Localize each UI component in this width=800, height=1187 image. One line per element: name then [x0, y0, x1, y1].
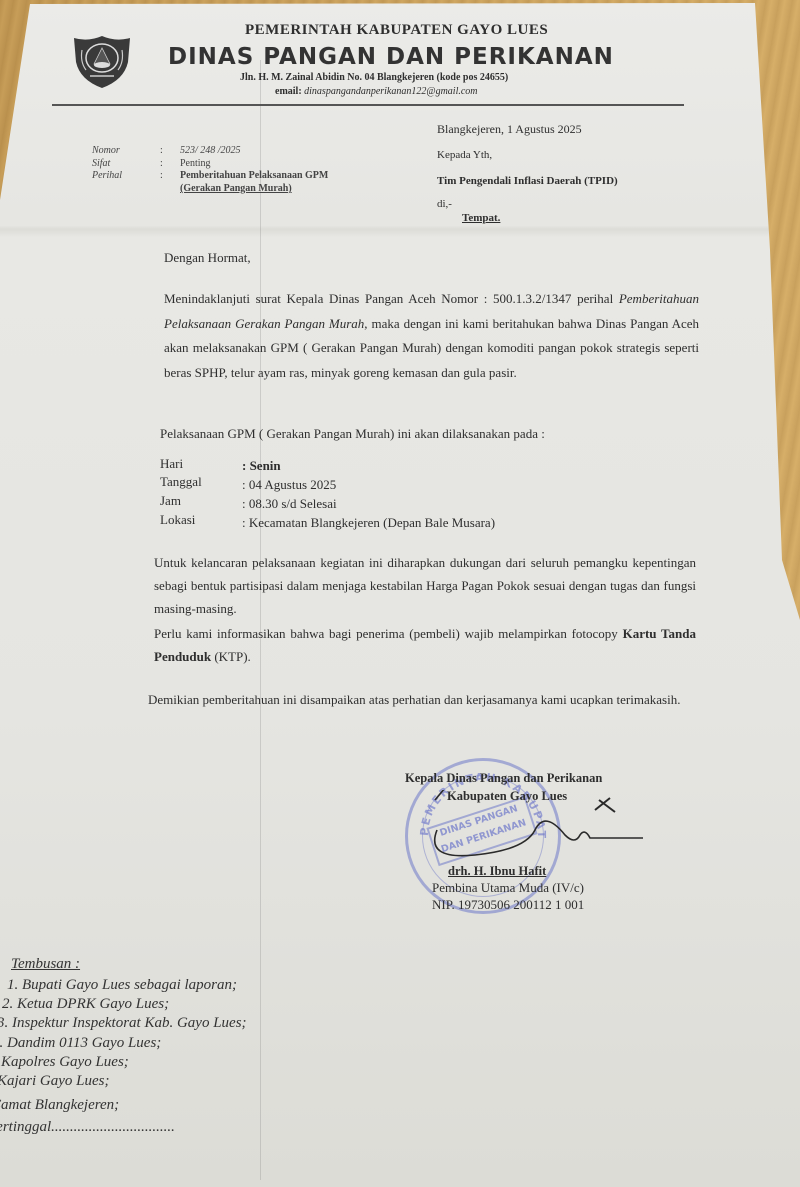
- letter-page: PEMERINTAH KABUPATEN GAYO LUES DINAS PAN…: [0, 0, 800, 1187]
- schedule-value-location: : Kecamatan Blangkejeren (Depan Bale Mus…: [242, 515, 495, 531]
- recipient-greeting: Kepada Yth,: [437, 149, 492, 161]
- sifat-label: Sifat: [92, 158, 110, 169]
- schedule-label-date: Tanggal: [160, 474, 202, 490]
- paragraph-4-text-a: Perlu kami informasikan bahwa bagi pener…: [154, 626, 623, 641]
- schedule-value-date: : 04 Agustus 2025: [242, 477, 336, 493]
- paragraph-4: Perlu kami informasikan bahwa bagi pener…: [154, 622, 696, 668]
- recipient-at: di,-: [437, 198, 452, 210]
- salutation: Dengan Hormat,: [164, 250, 251, 266]
- signatory-name: drh. H. Ibnu Hafit: [448, 864, 546, 879]
- paragraph-3: Untuk kelancaran pelaksanaan kegiatan in…: [154, 551, 696, 620]
- email-label: email:: [275, 86, 304, 97]
- letterhead-address: Jln. H. M. Zainal Abidin No. 04 Blangkej…: [240, 72, 508, 83]
- perihal-line-2: (Gerakan Pangan Murah): [180, 183, 292, 194]
- tembusan-item: 4. Dandim 0113 Gayo Lues;: [0, 1035, 161, 1052]
- letterhead-divider: [52, 104, 684, 106]
- nomor-value: 523/ 248 /2025: [180, 145, 241, 156]
- paragraph-2: Pelaksanaan GPM ( Gerakan Pangan Murah) …: [160, 426, 545, 442]
- email-address: dinaspangandanperikanan122@gmail.com: [304, 86, 477, 97]
- signatory-nip: NIP. 19730506 200112 1 001: [432, 897, 584, 913]
- tembusan-heading: Tembusan :: [11, 956, 80, 973]
- tembusan-item: 1. Bupati Gayo Lues sebagai laporan;: [7, 977, 237, 994]
- tembusan-item: 6. Kajari Gayo Lues;: [0, 1073, 110, 1090]
- schedule-label-location: Lokasi: [160, 512, 195, 528]
- handwritten-signature-icon: [415, 790, 645, 870]
- letterhead-email-line: email: dinaspangandanperikanan122@gmail.…: [275, 86, 478, 97]
- perihal-line-1: Pemberitahuan Pelaksanaan GPM: [180, 170, 328, 181]
- schedule-label-time: Jam: [160, 493, 181, 509]
- recipient-name: Tim Pengendali Inflasi Daerah (TPID): [437, 175, 618, 187]
- tembusan-item: 3. Inspektur Inspektorat Kab. Gayo Lues;: [0, 1015, 247, 1032]
- perihal-label: Perihal: [92, 170, 122, 181]
- schedule-label-day: Hari: [160, 456, 183, 472]
- tembusan-item: 8. Pertinggal...........................…: [0, 1119, 175, 1136]
- paragraph-1: Menindaklanjuti surat Kepala Dinas Panga…: [164, 287, 699, 385]
- sifat-value: Penting: [180, 158, 211, 169]
- nomor-colon: :: [160, 145, 163, 156]
- schedule-value-time: : 08.30 s/d Selesai: [242, 496, 337, 512]
- perihal-colon: :: [160, 170, 163, 181]
- letterhead-government: PEMERINTAH KABUPATEN GAYO LUES: [245, 22, 548, 39]
- place-date: Blangkejeren, 1 Agustus 2025: [437, 122, 582, 137]
- paper-fold-line: [260, 60, 261, 1180]
- letterhead-agency: DINAS PANGAN DAN PERIKANAN: [168, 44, 614, 70]
- tembusan-item: 2. Ketua DPRK Gayo Lues;: [2, 996, 169, 1013]
- tembusan-item: 7. Camat Blangkejeren;: [0, 1097, 119, 1114]
- regency-crest-icon: [68, 32, 136, 90]
- tembusan-item: 5. Kapolres Gayo Lues;: [0, 1054, 129, 1071]
- sifat-colon: :: [160, 158, 163, 169]
- nomor-label: Nomor: [92, 145, 120, 156]
- paragraph-4-text-b: (KTP).: [211, 649, 251, 664]
- signature-title-line-1: Kepala Dinas Pangan dan Perikanan: [405, 771, 602, 786]
- recipient-place: Tempat.: [462, 212, 500, 224]
- schedule-value-day: : Senin: [242, 458, 281, 474]
- paragraph-1-text-a: Menindaklanjuti surat Kepala Dinas Panga…: [164, 291, 619, 306]
- paragraph-5: Demikian pemberitahuan ini disampaikan a…: [148, 688, 698, 712]
- signatory-rank: Pembina Utama Muda (IV/c): [432, 880, 584, 896]
